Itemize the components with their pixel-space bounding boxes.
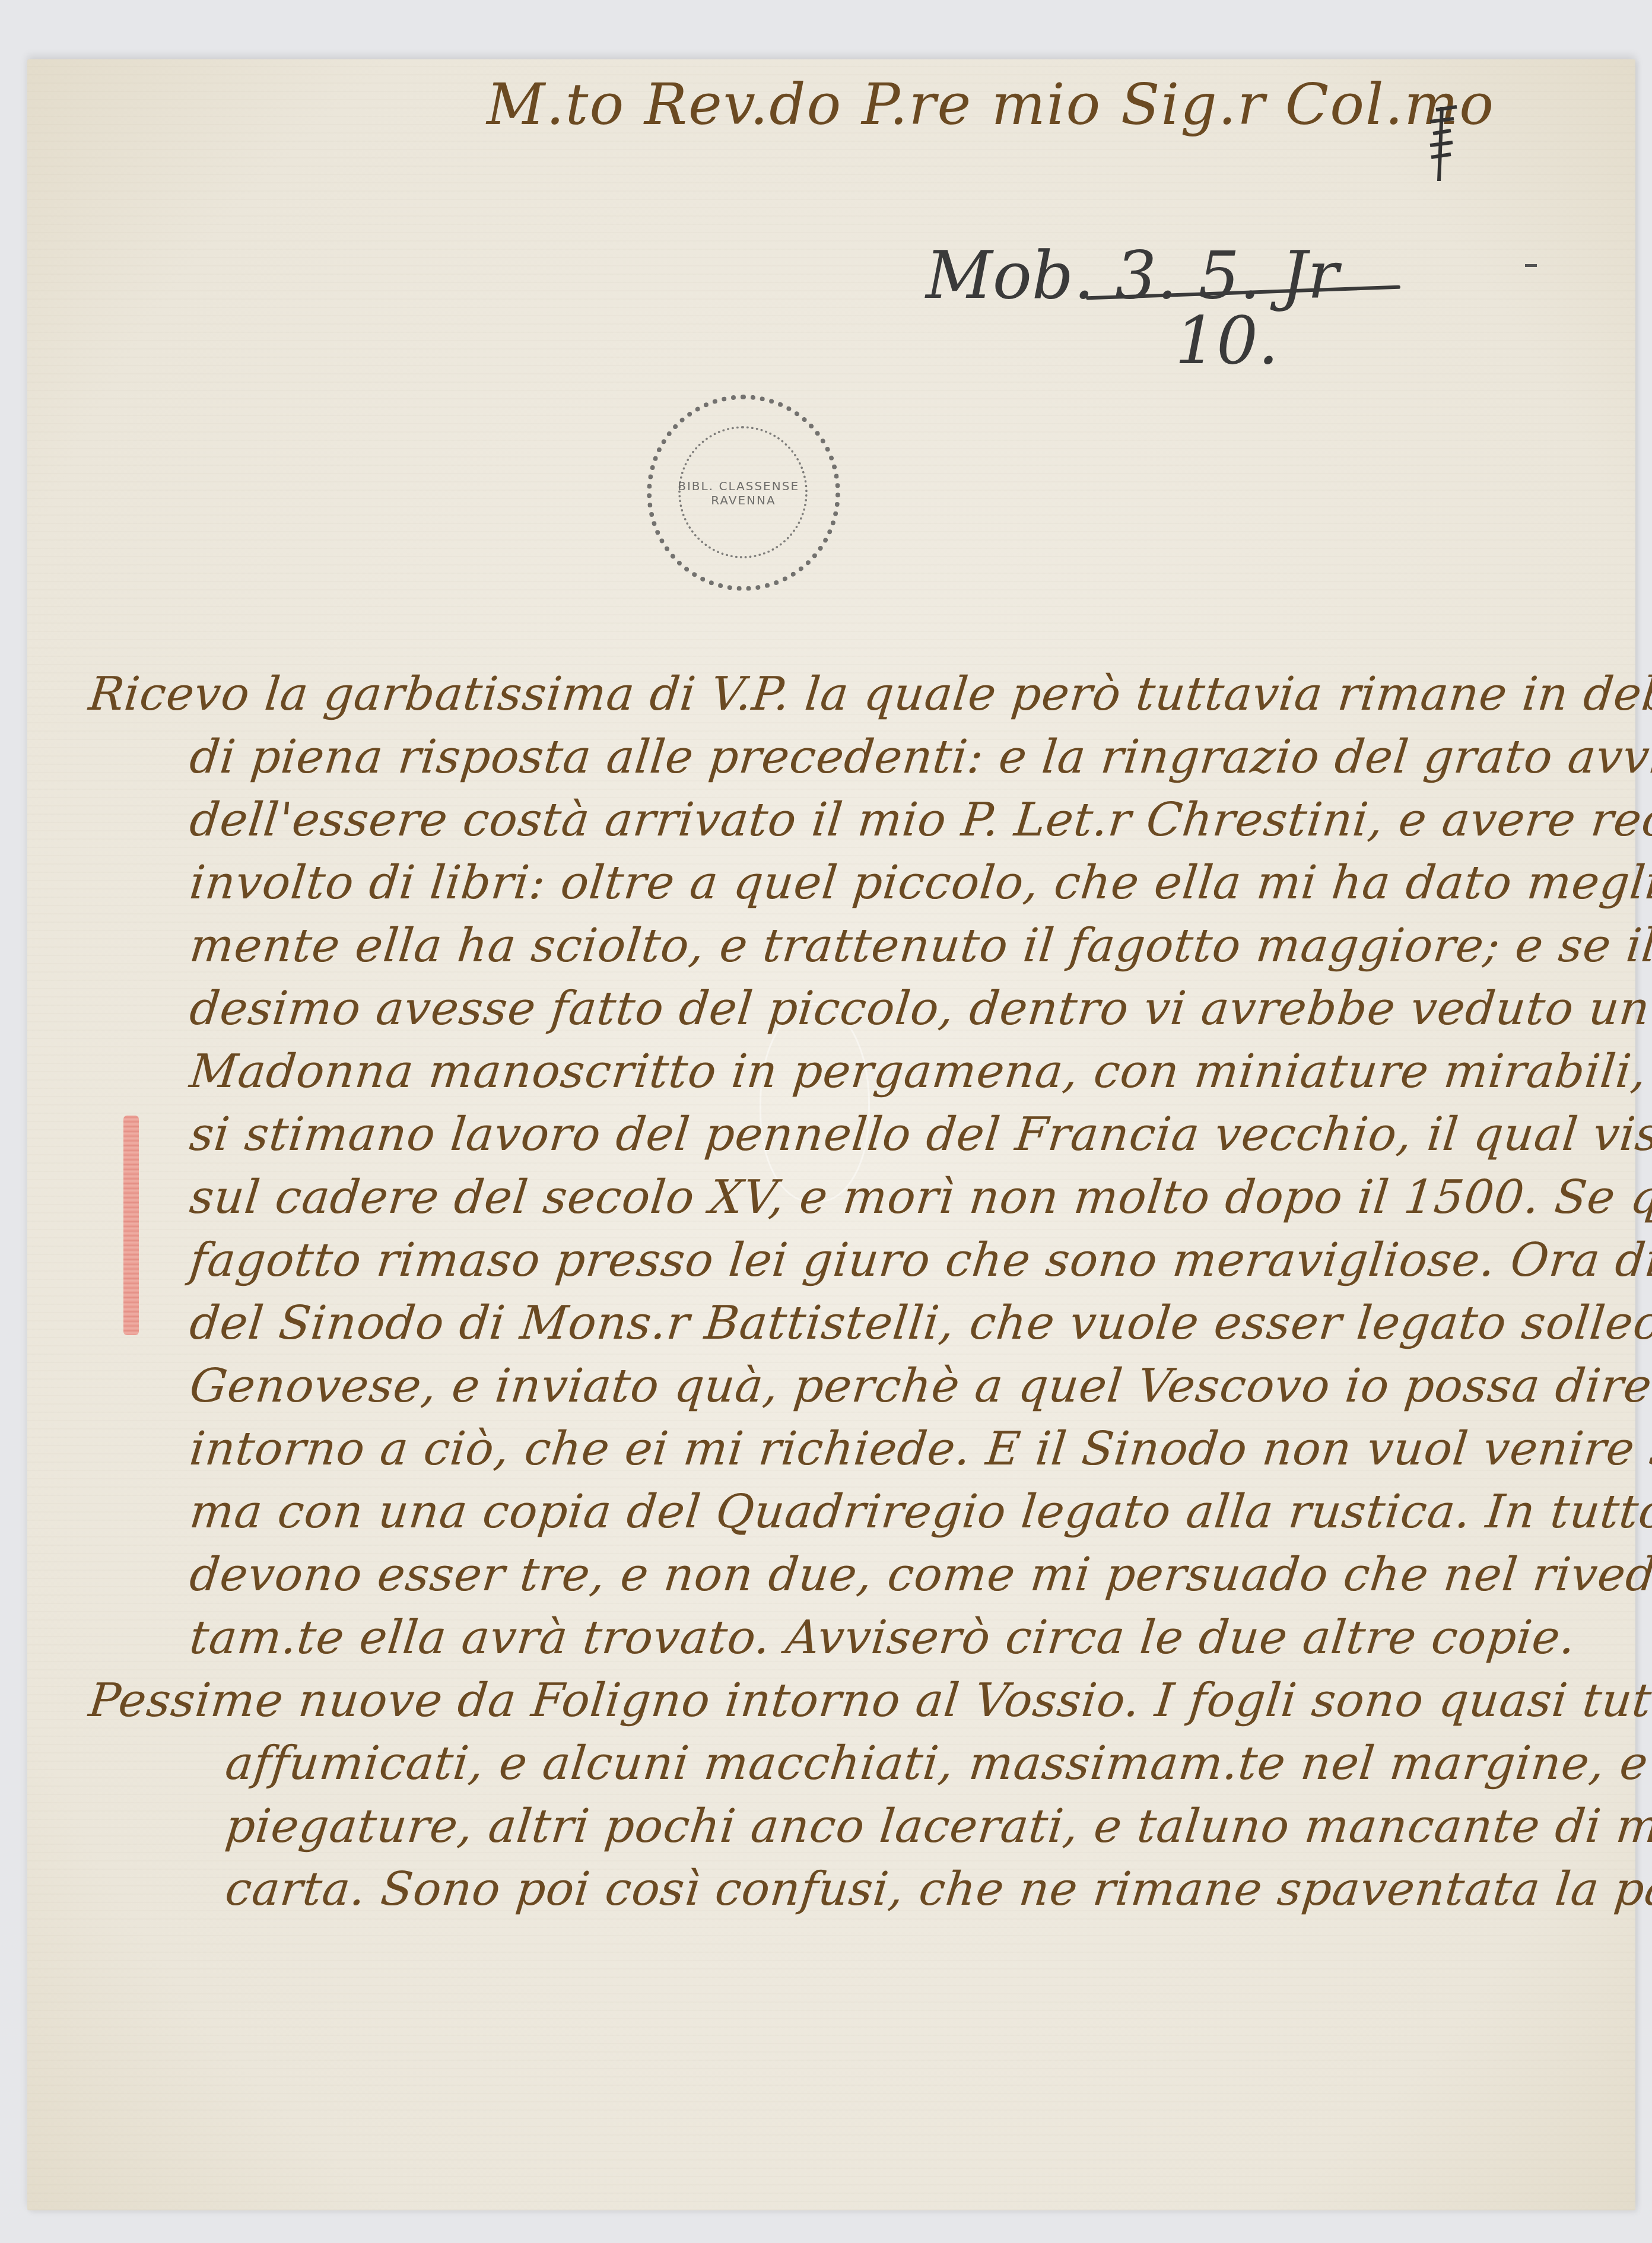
pencil-dash	[1525, 264, 1537, 267]
body-line: Ricevo la garbatissima di V.P. la quale …	[85, 665, 1587, 727]
body-line: fagotto rimaso presso lei giuro che sono…	[85, 1231, 1587, 1294]
body-line: devono esser tre, e non due, come mi per…	[85, 1545, 1587, 1608]
archive-shelfmark: Mob. 3. 5. Jr	[926, 237, 1339, 313]
body-line: intorno a ciò, che ei mi richiede. E il …	[85, 1419, 1587, 1482]
body-line: desimo avesse fatto del piccolo, dentro …	[85, 979, 1587, 1042]
ink-scribble-mark	[1424, 104, 1466, 187]
body-line: del Sinodo di Mons.r Battistelli, che vu…	[85, 1294, 1587, 1356]
body-line: affumicati, e alcuni macchiati, massimam…	[85, 1734, 1587, 1797]
body-line: mente ella ha sciolto, e trattenuto il f…	[85, 916, 1587, 979]
library-stamp: BIBL. CLASSENSE · RAVENNA	[647, 395, 840, 591]
stamp-text: BIBL. CLASSENSE · RAVENNA	[652, 399, 835, 586]
body-line: piegature, altri pochi anco lacerati, e …	[85, 1797, 1587, 1860]
body-line: ma con una copia del Quadriregio legato …	[85, 1482, 1587, 1545]
body-line: carta. Sono poi così confusi, che ne rim…	[85, 1860, 1587, 1923]
body-line: si stimano lavoro del pennello del Franc…	[85, 1105, 1587, 1168]
letter-body: Ricevo la garbatissima di V.P. la quale …	[89, 665, 1584, 1923]
body-line: Genovese, e inviato quà, perchè a quel V…	[85, 1356, 1587, 1419]
shelfmark-number: 10.	[1175, 303, 1279, 379]
salutation-text: M.to Rev.do P.re mio Sig.r Col.mo	[487, 71, 1495, 138]
body-line: Madonna manoscritto in pergamena, con mi…	[85, 1042, 1587, 1105]
salutation: M.to Rev.do P.re mio Sig.r Col.mo	[487, 71, 1495, 138]
shelfmark-line1: Mob. 3. 5. Jr	[926, 237, 1339, 313]
body-line: Pessime nuove da Foligno intorno al Voss…	[85, 1671, 1587, 1734]
body-line: tam.te ella avrà trovato. Avviserò circa…	[85, 1608, 1587, 1671]
body-line: sul cadere del secolo XV, e morì non mol…	[85, 1168, 1587, 1231]
body-line: di piena risposta alle precedenti: e la …	[85, 727, 1587, 790]
body-line: involto di libri: oltre a quel piccolo, …	[85, 853, 1587, 916]
body-line: dell'essere costà arrivato il mio P. Let…	[85, 790, 1587, 853]
